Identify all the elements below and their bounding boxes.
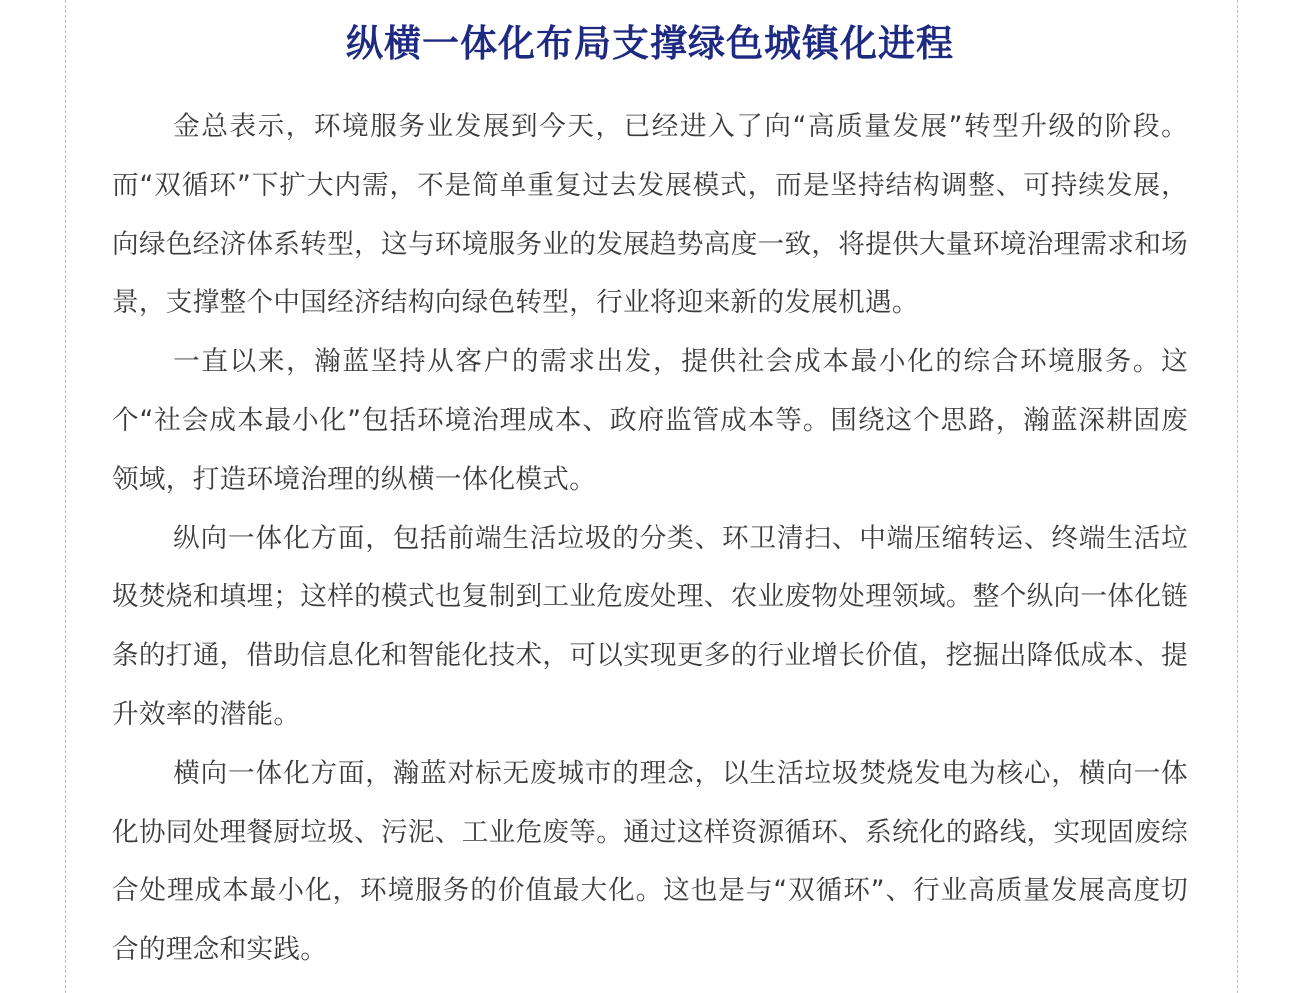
paragraph-3: 纵向一体化方面，包括前端生活垃圾的分类、环卫清扫、中端压缩转运、终端生活垃圾焚烧… [112,510,1188,745]
article-body: 金总表示，环境服务业发展到今天，已经进入了向“高质量发展”转型升级的阶段。而“双… [112,98,1188,980]
paragraph-2: 一直以来，瀚蓝坚持从客户的需求出发，提供社会成本最小化的综合环境服务。这个“社会… [112,333,1188,509]
left-dashed-border [65,0,66,993]
article-title: 纵横一体化布局支撑绿色城镇化进程 [112,0,1188,72]
article: 纵横一体化布局支撑绿色城镇化进程 金总表示，环境服务业发展到今天，已经进入了向“… [112,0,1188,980]
paragraph-1: 金总表示，环境服务业发展到今天，已经进入了向“高质量发展”转型升级的阶段。而“双… [112,98,1188,333]
paragraph-4: 横向一体化方面，瀚蓝对标无废城市的理念，以生活垃圾焚烧发电为核心，横向一体化协同… [112,745,1188,980]
right-dashed-border [1237,0,1238,993]
